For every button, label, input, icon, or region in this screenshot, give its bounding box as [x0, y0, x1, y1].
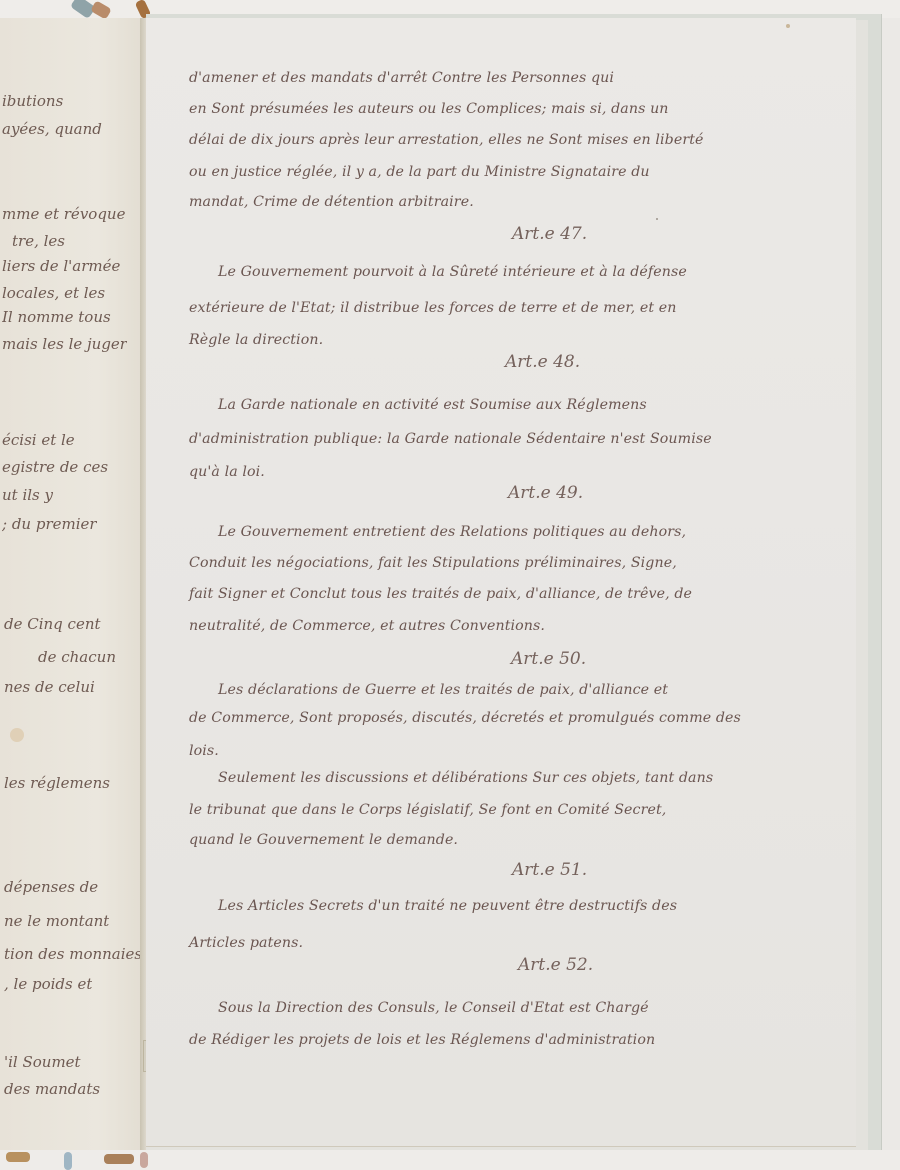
manuscript-line: Les déclarations de Guerre et les traité…	[218, 682, 668, 698]
manuscript-line: quand le Gouvernement le demande.	[189, 832, 458, 848]
paper-spot	[786, 24, 790, 28]
manuscript-line: délai de dix jours après leur arrestatio…	[189, 132, 704, 148]
manuscript-line: Seulement les discussions et délibératio…	[218, 770, 713, 786]
left-page-fragment: ayées, quand	[2, 120, 102, 138]
left-page-fragment: Il nomme tous	[2, 308, 111, 326]
article-heading: Art.e 49.	[508, 483, 583, 503]
left-page-fragment: dépenses de	[4, 878, 98, 896]
article-heading: Art.e 52.	[518, 955, 593, 975]
bottom-margin	[0, 1150, 900, 1170]
article-heading: Art.e 51.	[512, 860, 587, 880]
paper-speck	[656, 218, 658, 220]
manuscript-line: mandat, Crime de détention arbitraire.	[189, 194, 474, 210]
manuscript-line: Sous la Direction des Consuls, le Consei…	[218, 1000, 649, 1016]
manuscript-line: en Sont présumées les auteurs ou les Com…	[189, 101, 669, 117]
left-page-fragment: egistre de ces	[2, 458, 108, 476]
left-page-fragment: liers de l'armée	[2, 257, 120, 275]
manuscript-line: de Rédiger les projets de lois et les Ré…	[189, 1032, 655, 1048]
left-page-fragment: ne le montant	[4, 912, 109, 930]
manuscript-line: Règle la direction.	[189, 332, 323, 348]
right-page	[146, 18, 856, 1147]
left-page-fragment: écisi et le	[2, 431, 75, 449]
foxing-stain	[10, 728, 24, 742]
left-page-fragment: , le poids et	[4, 975, 92, 993]
left-page-fragment: 'il Soumet	[4, 1053, 81, 1071]
left-page-fragment: ; du premier	[2, 515, 97, 533]
manuscript-line: qu'à la loi.	[189, 464, 265, 480]
article-heading: Art.e 48.	[505, 352, 580, 372]
article-heading: Art.e 47.	[512, 224, 587, 244]
left-page-fragment: de Cinq cent	[4, 615, 101, 633]
manuscript-line: Le Gouvernement entretient des Relations…	[218, 524, 686, 540]
manuscript-line: neutralité, de Commerce, et autres Conve…	[189, 618, 545, 634]
manuscript-line: le tribunat que dans le Corps législatif…	[189, 802, 666, 818]
manuscript-line: Conduit les négociations, fait les Stipu…	[189, 555, 677, 571]
left-page-fragment: tre, les	[12, 232, 65, 250]
left-page-fragment: locales, et les	[2, 284, 105, 302]
left-page-fragment: nes de celui	[4, 678, 95, 696]
manuscript-line: de Commerce, Sont proposés, discutés, dé…	[189, 710, 741, 726]
binding-string-bottom-brown	[104, 1154, 134, 1164]
left-page-fragment: mais les le juger	[2, 335, 127, 353]
left-page-fragment: les réglemens	[4, 774, 110, 792]
binding-string-bottom-tan	[6, 1152, 30, 1162]
manuscript-line: d'amener et des mandats d'arrêt Contre l…	[189, 70, 614, 86]
left-page-fragment: ibutions	[2, 92, 63, 110]
left-page-fragment: mme et révoque	[2, 205, 125, 223]
manuscript-line: d'administration publique: la Garde nati…	[189, 431, 712, 447]
left-page-fragment: ut ils y	[2, 486, 53, 504]
binding-string-bottom-pink	[140, 1152, 148, 1168]
article-heading: Art.e 50.	[511, 649, 586, 669]
binding-string-bottom-blue	[64, 1152, 72, 1170]
manuscript-line: Les Articles Secrets d'un traité ne peuv…	[218, 898, 677, 914]
manuscript-line: fait Signer et Conclut tous les traités …	[189, 586, 692, 602]
manuscript-line: Le Gouvernement pourvoit à la Sûreté int…	[218, 264, 687, 280]
manuscript-line: Articles patens.	[189, 935, 303, 951]
manuscript-line: lois.	[189, 743, 219, 759]
left-page-fragment: des mandats	[4, 1080, 100, 1098]
manuscript-line: ou en justice réglée, il y a, de la part…	[189, 164, 650, 180]
left-page-fragment: de chacun	[38, 648, 116, 666]
manuscript-line: extérieure de l'Etat; il distribue les f…	[189, 300, 677, 316]
left-page-fragment: tion des monnaies	[4, 945, 140, 963]
manuscript-line: La Garde nationale en activité est Soumi…	[218, 397, 647, 413]
